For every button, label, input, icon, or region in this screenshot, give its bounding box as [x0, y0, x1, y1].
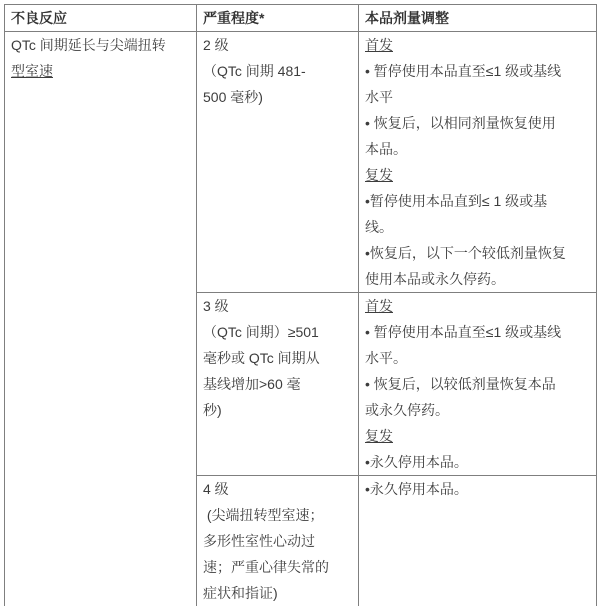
severity-line: （QTc 间期）≥501	[203, 319, 352, 345]
adjustment-heading: 首发	[365, 293, 590, 319]
severity-line: 速；严重心律失常的	[203, 554, 352, 580]
header-dose-adjustment: 本品剂量调整	[359, 5, 597, 32]
reaction-text-line: 型室速	[11, 58, 190, 84]
severity-line: 基线增加>60 毫	[203, 371, 352, 397]
adjustment-line: •永久停用本品。	[365, 449, 590, 475]
document-page: 不良反应 严重程度* 本品剂量调整 QTc 间期延长与尖端扭转 型室速 2 级 …	[0, 0, 600, 606]
adjustment-line: 水平。	[365, 345, 590, 371]
severity-line: 2 级	[203, 32, 352, 58]
adjustment-line: • 暂停使用本品直至≤1 级或基线	[365, 58, 590, 84]
severity-line: 毫秒或 QTc 间期从	[203, 345, 352, 371]
adjustment-heading: 首发	[365, 32, 590, 58]
table-header-row: 不良反应 严重程度* 本品剂量调整	[5, 5, 597, 32]
adjustment-cell-grade3: 首发 • 暂停使用本品直至≤1 级或基线 水平。 • 恢复后，以较低剂量恢复本品…	[359, 293, 597, 476]
table-row-grade2: QTc 间期延长与尖端扭转 型室速 2 级 （QTc 间期 481- 500 毫…	[5, 32, 597, 293]
severity-line: 症状和指证)	[203, 580, 352, 606]
severity-cell-grade3: 3 级 （QTc 间期）≥501 毫秒或 QTc 间期从 基线增加>60 毫 秒…	[197, 293, 359, 476]
severity-line: 500 毫秒)	[203, 84, 352, 110]
reaction-text-line: QTc 间期延长与尖端扭转	[11, 32, 190, 58]
adjustment-line: •恢复后，以下一个较低剂量恢复	[365, 240, 590, 266]
severity-line: 4 级	[203, 476, 352, 502]
adjustment-line: 本品。	[365, 136, 590, 162]
severity-line: (尖端扭转型室速；	[203, 502, 352, 528]
adjustment-line: 使用本品或永久停药。	[365, 266, 590, 292]
adjustment-line: 水平	[365, 84, 590, 110]
adjustment-line: •暂停使用本品直到≤ 1 级或基	[365, 188, 590, 214]
severity-cell-grade4: 4 级 (尖端扭转型室速； 多形性室性心动过 速；严重心律失常的 症状和指证)	[197, 476, 359, 606]
severity-cell-grade2: 2 级 （QTc 间期 481- 500 毫秒)	[197, 32, 359, 293]
adjustment-cell-grade4: •永久停用本品。	[359, 476, 597, 606]
adjustment-cell-grade2: 首发 • 暂停使用本品直至≤1 级或基线 水平 • 恢复后，以相同剂量恢复使用 …	[359, 32, 597, 293]
adjustment-line: 或永久停药。	[365, 397, 590, 423]
adjustment-line: •永久停用本品。	[365, 476, 590, 502]
dose-adjustment-table: 不良反应 严重程度* 本品剂量调整 QTc 间期延长与尖端扭转 型室速 2 级 …	[4, 4, 597, 606]
adjustment-line: 线。	[365, 214, 590, 240]
severity-line: （QTc 间期 481-	[203, 58, 352, 84]
severity-line: 3 级	[203, 293, 352, 319]
adjustment-line: • 恢复后，以较低剂量恢复本品	[365, 371, 590, 397]
severity-line: 秒)	[203, 397, 352, 423]
adjustment-line: • 恢复后，以相同剂量恢复使用	[365, 110, 590, 136]
adjustment-heading: 复发	[365, 162, 590, 188]
header-adverse-reaction: 不良反应	[5, 5, 197, 32]
adverse-reaction-cell: QTc 间期延长与尖端扭转 型室速	[5, 32, 197, 606]
adjustment-line: • 暂停使用本品直至≤1 级或基线	[365, 319, 590, 345]
severity-line: 多形性室性心动过	[203, 528, 352, 554]
adjustment-heading: 复发	[365, 423, 590, 449]
header-severity: 严重程度*	[197, 5, 359, 32]
